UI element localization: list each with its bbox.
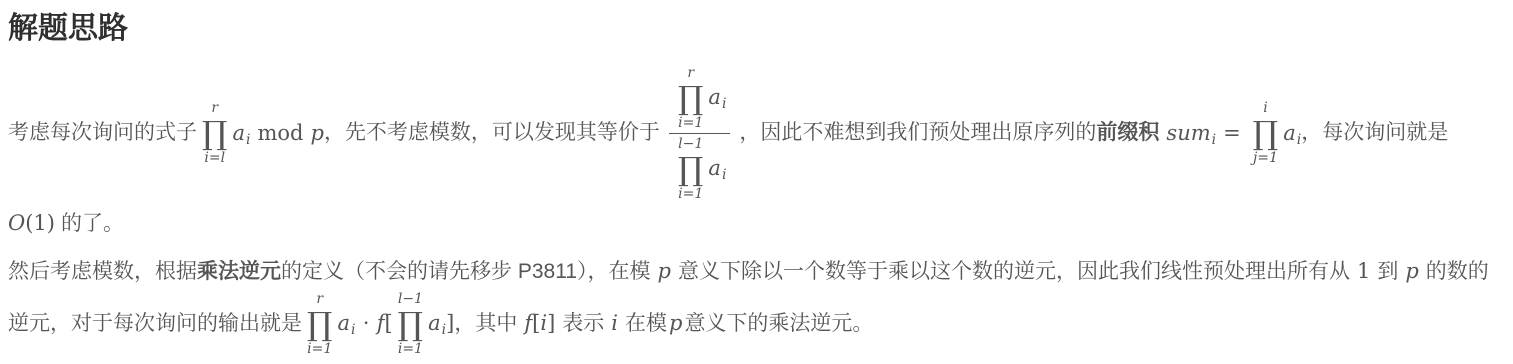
fraction-numerator: r ∏ i=1 ai <box>669 63 730 133</box>
text-run: 意义下的乘法逆元。 <box>684 308 873 341</box>
math-var-a: a <box>428 313 441 334</box>
math-var-a-i: ai <box>1283 123 1301 144</box>
math-var-i: i <box>611 313 618 334</box>
text-run: ，每次询问就是 <box>1301 117 1448 150</box>
math-var-sum: sum <box>1166 123 1210 144</box>
fraction-denominator: l−1 ∏ i=1 ai <box>669 134 730 204</box>
math-var-O-glyph: O <box>8 213 25 234</box>
math-var-i-glyph: i <box>540 313 547 334</box>
math-close-bracket: ] <box>446 313 454 334</box>
math-var-a-i: ai <box>428 313 446 334</box>
product-symbol: ∏ <box>307 307 332 341</box>
math-var-p-glyph: p <box>1405 261 1418 282</box>
math-var-p-glyph: p <box>669 313 682 334</box>
text-run: 意义下除以一个数等于乘以这个数的逆元，因此我们线性预处理出所有从 <box>678 256 1350 289</box>
text-run: 考虑每次询问的式子 <box>8 117 197 150</box>
math-var-O: O <box>8 213 25 234</box>
text-run: 在模 <box>625 308 667 341</box>
math-dot-operator: ⋅ <box>362 313 369 334</box>
text-run: ，因此不难想到我们预处理出原序列的 <box>739 117 1096 150</box>
math-var-p: p <box>1405 261 1418 282</box>
math-var-a: a <box>708 87 721 108</box>
math-num-one: 1 <box>1357 261 1370 282</box>
product-lower-limit: j=1 <box>1253 150 1278 166</box>
text-run: 的定义（不会的请先移步 P3811），在模 <box>281 256 651 289</box>
fraction: r ∏ i=1 ai l−1 ∏ i=1 ai <box>669 63 730 204</box>
math-var-i-glyph: i <box>611 313 618 334</box>
text-run: 表示 <box>562 308 604 341</box>
math-sub-i: i <box>1297 133 1301 147</box>
product-symbol: ∏ <box>678 81 703 115</box>
math-var-a: a <box>708 158 721 179</box>
math-var-p: p <box>669 313 682 334</box>
product-operator: r ∏ i=l <box>202 100 227 166</box>
math-paren-one: (1) <box>25 213 55 234</box>
product-operator: r ∏ i=1 <box>307 291 332 357</box>
math-var-f: f <box>524 313 532 334</box>
math-var-i: i <box>540 313 547 334</box>
math-var-p-glyph: p <box>310 123 323 144</box>
text-run: 的了。 <box>61 208 124 241</box>
solution-article: 解题思路 考虑每次询问的式子 r ∏ i=l ai mod p ，先不考虑模数，… <box>0 0 1513 357</box>
math-var-f: f <box>377 313 385 334</box>
paragraph-1-line-2: O (1) 的了。 <box>8 206 1505 242</box>
math-var-f-glyph: f <box>377 313 385 334</box>
math-var-f-glyph: f <box>524 313 532 334</box>
math-var-a-i: ai <box>708 158 726 179</box>
math-sub-i: i <box>722 168 726 182</box>
math-var-a-i: ai <box>232 123 250 144</box>
math-open-bracket: [ <box>384 313 392 334</box>
math-var-sum-i: sumi <box>1166 123 1216 144</box>
text-run: 到 <box>1377 256 1398 289</box>
product-lower-limit: i=1 <box>398 341 423 357</box>
product-operator: i ∏ j=1 <box>1253 100 1278 166</box>
product-symbol: ∏ <box>678 152 703 186</box>
product-symbol: ∏ <box>1253 116 1278 150</box>
text-run: ，其中 <box>454 308 517 341</box>
bold-term-mult-inverse: 乘法逆元 <box>197 256 281 289</box>
bold-term-prefix-product: 前缀积 <box>1096 117 1159 150</box>
paragraph-2-line-2: 逆元，对于每次询问的输出就是 r ∏ i=1 ai ⋅ f [ l−1 ∏ i=… <box>8 291 1505 357</box>
text-run: ，先不考虑模数，可以发现其等价于 <box>324 117 660 150</box>
product-operator: l−1 ∏ i=1 <box>398 291 423 357</box>
math-sub-i: i <box>351 323 355 337</box>
product-operator: r ∏ i=1 <box>678 65 703 131</box>
math-equals: = <box>1223 123 1241 144</box>
math-sub-i: i <box>246 133 250 147</box>
math-var-p: p <box>658 261 671 282</box>
text-run: 的数的 <box>1426 256 1489 289</box>
math-var-p: p <box>310 123 323 144</box>
math-var-a: a <box>232 123 245 144</box>
product-symbol: ∏ <box>398 307 423 341</box>
math-sub-i: i <box>442 323 446 337</box>
math-sub-i: i <box>1212 133 1216 147</box>
math-var-a-i: ai <box>337 313 355 334</box>
paragraph-1-line-1: 考虑每次询问的式子 r ∏ i=l ai mod p ，先不考虑模数，可以发现其… <box>8 63 1505 204</box>
text-run: 逆元，对于每次询问的输出就是 <box>8 308 302 341</box>
product-lower-limit: i=l <box>204 150 225 166</box>
product-operator: l−1 ∏ i=1 <box>678 136 703 202</box>
paragraph-2-line-1: 然后考虑模数，根据 乘法逆元 的定义（不会的请先移步 P3811），在模 p 意… <box>8 255 1505 289</box>
product-lower-limit: i=1 <box>307 341 332 357</box>
product-lower-limit: i=1 <box>678 186 703 202</box>
product-lower-limit: i=1 <box>678 115 703 131</box>
math-var-a: a <box>337 313 350 334</box>
math-close-bracket: ] <box>547 313 555 334</box>
text-run: 然后考虑模数，根据 <box>8 256 197 289</box>
page-title: 解题思路 <box>8 12 1505 47</box>
math-var-a: a <box>1283 123 1296 144</box>
math-sub-i: i <box>722 97 726 111</box>
math-var-a-i: ai <box>708 87 726 108</box>
math-var-p-glyph: p <box>658 261 671 282</box>
product-symbol: ∏ <box>202 116 227 150</box>
math-mod: mod <box>257 123 303 144</box>
math-open-bracket: [ <box>532 313 540 334</box>
